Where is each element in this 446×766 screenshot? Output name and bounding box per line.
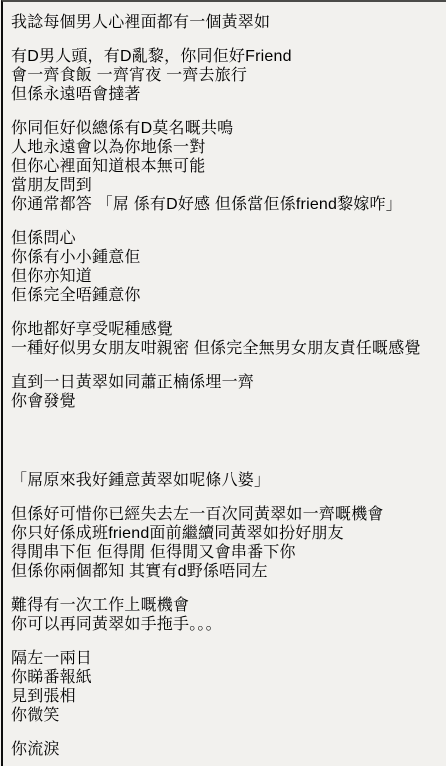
blank-line	[11, 426, 442, 441]
text-line: 但係你兩個都知 其實有d野係唔同左	[11, 562, 442, 581]
text-line: 得閒串下佢 佢得閒 佢得閒又會串番下你	[11, 543, 442, 562]
text-line: 佢係完全唔鍾意你	[11, 286, 442, 305]
text-line: 但係永遠唔會撻著	[11, 85, 442, 104]
text-line: 你同佢好似總係有D莫名嘅共鳴	[11, 119, 442, 138]
blank-line	[11, 32, 442, 47]
text-line: 但係好可惜你已經失去左一百次同黃翠如一齊嘅機會	[11, 505, 442, 524]
text-line: 人地永遠會以為你地係一對	[11, 138, 442, 157]
text-line: 直到一日黃翠如同蕭正楠係埋一齊	[11, 373, 442, 392]
text-line: 你係有小小鍾意佢	[11, 248, 442, 267]
text-line: 但你心裡面知道根本無可能	[11, 157, 442, 176]
text-line: 一種好似男女朋友咁親密 但係完全無男女朋友責任嘅感覺	[11, 339, 442, 358]
text-line: 有D男人頭，有D亂黎，你同佢好Friend	[11, 47, 442, 66]
text-line: 你通常都答 「屌 係有D好感 但係當佢係friend黎嫁咋」	[11, 195, 442, 214]
blank-line	[11, 441, 442, 456]
text-line: 你會發覺	[11, 392, 442, 411]
text-line: 當朋友問到	[11, 176, 442, 195]
text-line: 你流淚	[11, 740, 442, 759]
blank-line	[11, 411, 442, 426]
text-body: 我諗每個男人心裡面都有一個黃翠如 有D男人頭，有D亂黎，你同佢好Friend會一…	[11, 13, 442, 759]
text-line: 但係問心	[11, 229, 442, 248]
text-line: 但你亦知道	[11, 267, 442, 286]
blank-line	[11, 214, 442, 229]
text-line: 你微笑	[11, 706, 442, 725]
text-line: 你睇番報紙	[11, 668, 442, 687]
text-line: 你可以再同黃翠如手拖手。。。	[11, 615, 442, 634]
text-line: 難得有一次工作上嘅機會	[11, 596, 442, 615]
text-line: 我諗每個男人心裡面都有一個黃翠如	[11, 13, 442, 32]
text-line: 見到張相	[11, 687, 442, 706]
blank-line	[11, 634, 442, 649]
blank-line	[11, 581, 442, 596]
text-line: 會一齊食飯 一齊宵夜 一齊去旅行	[11, 66, 442, 85]
text-line: 你地都好享受呢種感覺	[11, 320, 442, 339]
blank-line	[11, 490, 442, 505]
blank-line	[11, 456, 442, 471]
blank-line	[11, 358, 442, 373]
text-document-page: 我諗每個男人心裡面都有一個黃翠如 有D男人頭，有D亂黎，你同佢好Friend會一…	[1, 0, 446, 766]
blank-line	[11, 725, 442, 740]
text-line: 「屌原來我好鍾意黃翠如呢條八婆」	[11, 471, 442, 490]
text-line: 你只好係成班friend面前繼續同黃翠如扮好朋友	[11, 524, 442, 543]
blank-line	[11, 305, 442, 320]
blank-line	[11, 104, 442, 119]
text-line: 隔左一兩日	[11, 649, 442, 668]
